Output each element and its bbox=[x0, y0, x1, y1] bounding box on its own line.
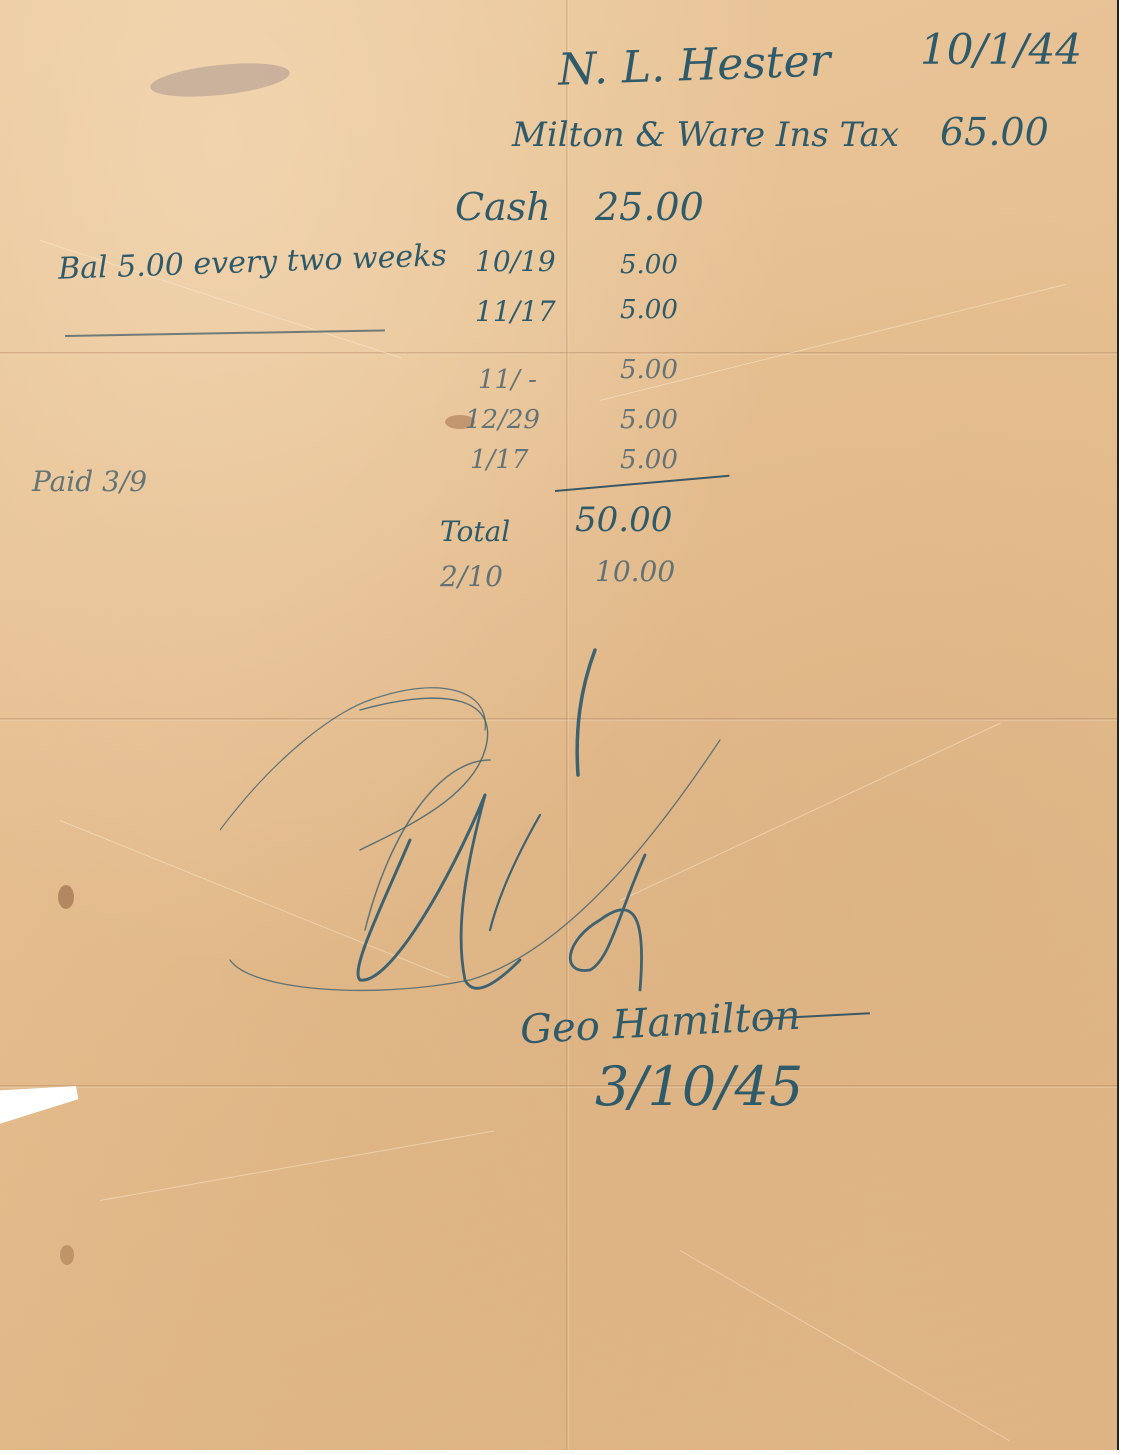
header-date: 10/1/44 bbox=[920, 25, 1082, 74]
final-payment-date: 2/10 bbox=[440, 560, 503, 593]
paid-stamp-text: Paid bbox=[220, 630, 223, 631]
payment-date: 1/17 bbox=[470, 445, 528, 475]
fold-line bbox=[0, 1085, 1117, 1088]
header-description: Milton & Ware Ins Tax bbox=[512, 115, 899, 155]
payment-amount: 5.00 bbox=[620, 250, 678, 280]
total-amount: 50.00 bbox=[575, 500, 672, 540]
payment-amount: 5.00 bbox=[620, 405, 678, 435]
crease bbox=[680, 1250, 1010, 1441]
stain bbox=[60, 1245, 74, 1265]
payment-amount: 5.00 bbox=[620, 355, 678, 385]
payment-amount: 25.00 bbox=[595, 185, 704, 229]
payment-date: Cash bbox=[455, 185, 551, 229]
payment-date: 12/29 bbox=[465, 405, 540, 435]
signature-date: 3/10/45 bbox=[595, 1055, 803, 1118]
payment-amount: 5.00 bbox=[620, 295, 678, 325]
payment-date: 10/19 bbox=[475, 245, 556, 278]
payment-amount: 5.00 bbox=[620, 445, 678, 475]
paid-scrawl: Paid bbox=[220, 630, 820, 1010]
customer-name: N. L. Hester bbox=[557, 35, 831, 95]
paid-date-note: Paid 3/9 bbox=[32, 465, 147, 498]
stain bbox=[58, 885, 74, 909]
crease bbox=[100, 1131, 494, 1201]
header-amount: 65.00 bbox=[940, 110, 1049, 154]
ink-smudge bbox=[149, 58, 291, 102]
total-label: Total bbox=[440, 515, 510, 548]
final-payment-amount: 10.00 bbox=[595, 555, 675, 588]
payment-date: 11/ - bbox=[478, 365, 537, 395]
fold-line bbox=[0, 352, 1117, 355]
payment-date: 11/17 bbox=[475, 295, 556, 328]
